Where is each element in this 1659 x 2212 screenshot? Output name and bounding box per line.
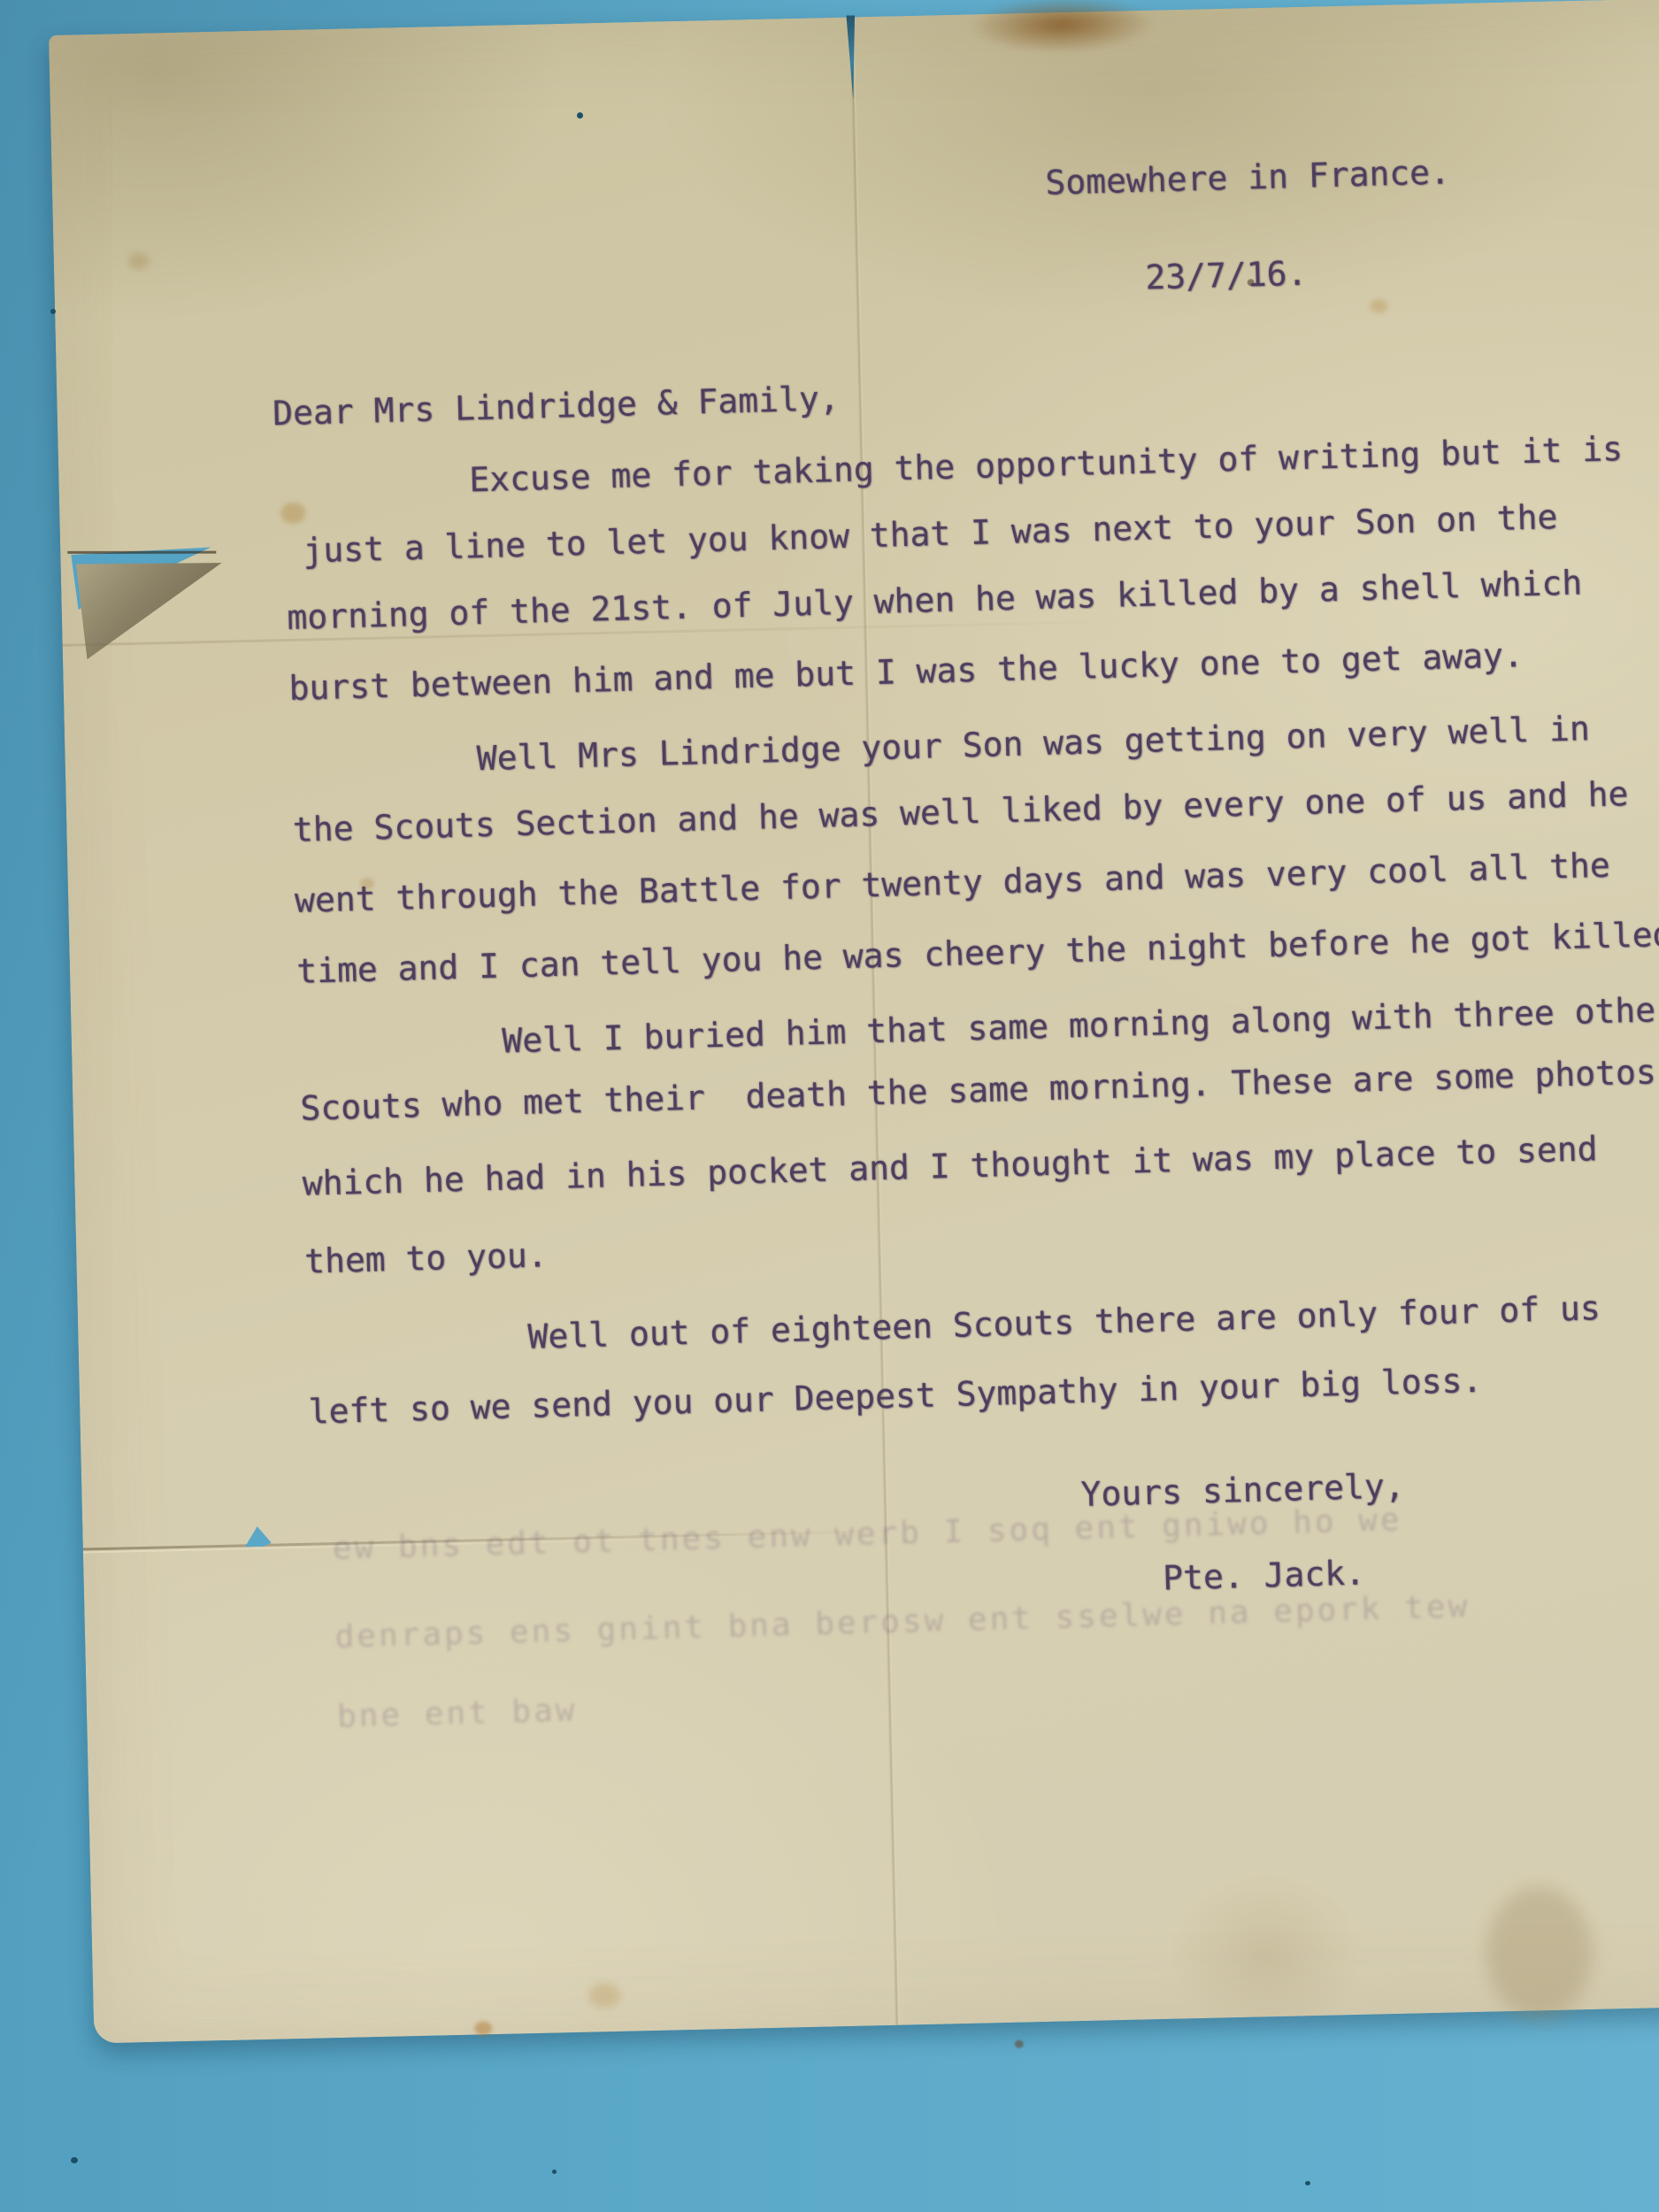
photo-backdrop: Somewhere in France. 23/7/16. Dear Mrs L…	[0, 0, 1659, 2212]
letter-line: time and I can tell you he was cheery th…	[296, 911, 1659, 995]
ghost-text-line: denraps ens gnint bna berosw ent sselwe …	[334, 1588, 1471, 1655]
letter-line: morning of the 21st. of July when he was…	[287, 559, 1583, 641]
letter-line: which he had in his pocket and I thought…	[302, 1125, 1598, 1207]
letter-line: burst between him and me but I was the l…	[288, 632, 1524, 711]
letter-line: Well out of eighteen Scouts there are on…	[527, 1285, 1601, 1360]
surface-speck	[71, 2157, 78, 2163]
surface-speck	[552, 2170, 557, 2174]
ghost-text-line: bne ent baw	[336, 1693, 577, 1735]
dateline-place: Somewhere in France.	[1045, 149, 1451, 205]
letter-line: Well I buried him that same morning alon…	[502, 987, 1659, 1064]
letter-line: the Scouts Section and he was well liked…	[292, 771, 1629, 853]
surface-speck	[1305, 2181, 1310, 2185]
surface-speck	[577, 112, 583, 119]
letter-line: them to you.	[303, 1232, 548, 1284]
surface-speck	[50, 309, 56, 314]
ink-speck	[1015, 2040, 1024, 2048]
dateline-date: 23/7/16.	[1145, 250, 1308, 301]
letter-paper: Somewhere in France. 23/7/16. Dear Mrs L…	[49, 0, 1659, 2043]
letter-line: left so we send you our Deepest Sympathy…	[308, 1357, 1483, 1435]
letter-line: Excuse me for taking the opportunity of …	[469, 426, 1624, 503]
letter-line: just a line to let you know that I was n…	[303, 494, 1558, 573]
typed-text-block: Somewhere in France. 23/7/16. Dear Mrs L…	[46, 0, 1659, 2043]
letter-line: Well Mrs Lindridge your Son was getting …	[476, 705, 1590, 781]
letter-line: went through the Battle for twenty days …	[294, 842, 1610, 924]
salutation: Dear Mrs Lindridge & Family,	[272, 375, 840, 436]
